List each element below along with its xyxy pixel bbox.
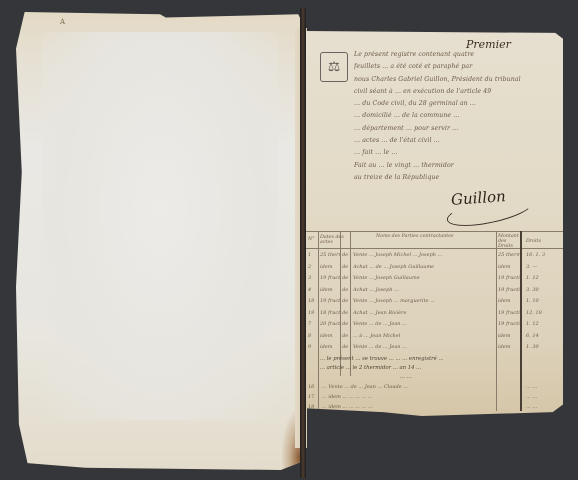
prose-line: Le présent registre contenant quatre [354,49,554,61]
right-manuscript-page: ⚖ Premier Le présent registre contenant … [306,31,563,416]
prose-line: ... actes ... de l'état civil ... [354,135,554,147]
prose-line: ... département ... pour servir ... [354,123,554,135]
ledger-row: 1 25 thermidor de Vente ... Joseph Miche… [306,250,563,262]
ledger-row: 8 idem de ... à ... Jean Michel idem 6. … [306,331,563,343]
left-flyleaf-page: A [16,12,304,470]
prose-line: Fait au ... le vingt ... thermidor [354,160,554,172]
ledger-row: 3 19 fructidor de Vente ... Joseph Guill… [306,273,563,285]
ledger-footnote: ... le présent ... se trouve ... ... ...… [320,355,540,382]
flyleaf-blank-area [42,32,278,420]
book-binding [300,8,306,478]
header-amount: Montant des Droits [498,234,522,249]
ledger-table: N° Dates des actes Noms des Parties cont… [306,231,563,411]
header-num: N° [308,237,315,242]
ledger-bottom-row: 18 ... idem ... ... ... ... ... ... ... [306,403,563,413]
prose-line: civil séant à ... en exécution de l'arti… [354,86,554,98]
prose-line: ... du Code civil, du 28 germinal an ... [354,98,554,110]
header-dates: Dates des actes [320,235,350,245]
prose-line: nous Charles Gabriel Guillon, Président … [354,74,554,86]
header-parties: Noms des Parties contractantes [376,234,486,239]
ledger-row: 19 18 fructidor de Achat ... Jean Rivièr… [306,308,563,320]
corner-mark: A [60,18,65,26]
ledger-bottom-row: 17 ... idem ... ... ... ... ... ... ... [306,393,563,403]
ledger-bottom-row: 16 ... Vente ... de ... Jean ... Claude … [306,383,563,393]
revenue-stamp-icon: ⚖ [320,52,348,82]
ledger-row: 9 idem de Vente ... de ... Jean ... idem… [306,342,563,354]
prose-line: au treize de la République [354,172,554,184]
header-duties: Droits [526,239,541,244]
scanned-spread: A ⚖ Premier Le présent registre contenan… [0,0,578,480]
ledger-row: 7 20 fructidor de Vente ... de ... Jean … [306,319,563,331]
ledger-row: 4 idem de Achat ... Joseph ... 19 fructi… [306,285,563,297]
certification-text: Le présent registre contenant quatre feu… [354,49,554,184]
ledger-top-rule [306,231,563,232]
prose-line: ... domicilié ... de la commune ... [354,110,554,122]
ledger-header-rule [306,248,563,249]
prose-line: feuillets ... a été coté et paraphé par [354,61,554,73]
ledger-row: 18 19 fructidor de Vente ... Joseph ... … [306,296,563,308]
prose-line: ... fait ... le ... [354,147,554,159]
ledger-row: 2 idem de Achat ... de ... Joseph Guilla… [306,262,563,274]
